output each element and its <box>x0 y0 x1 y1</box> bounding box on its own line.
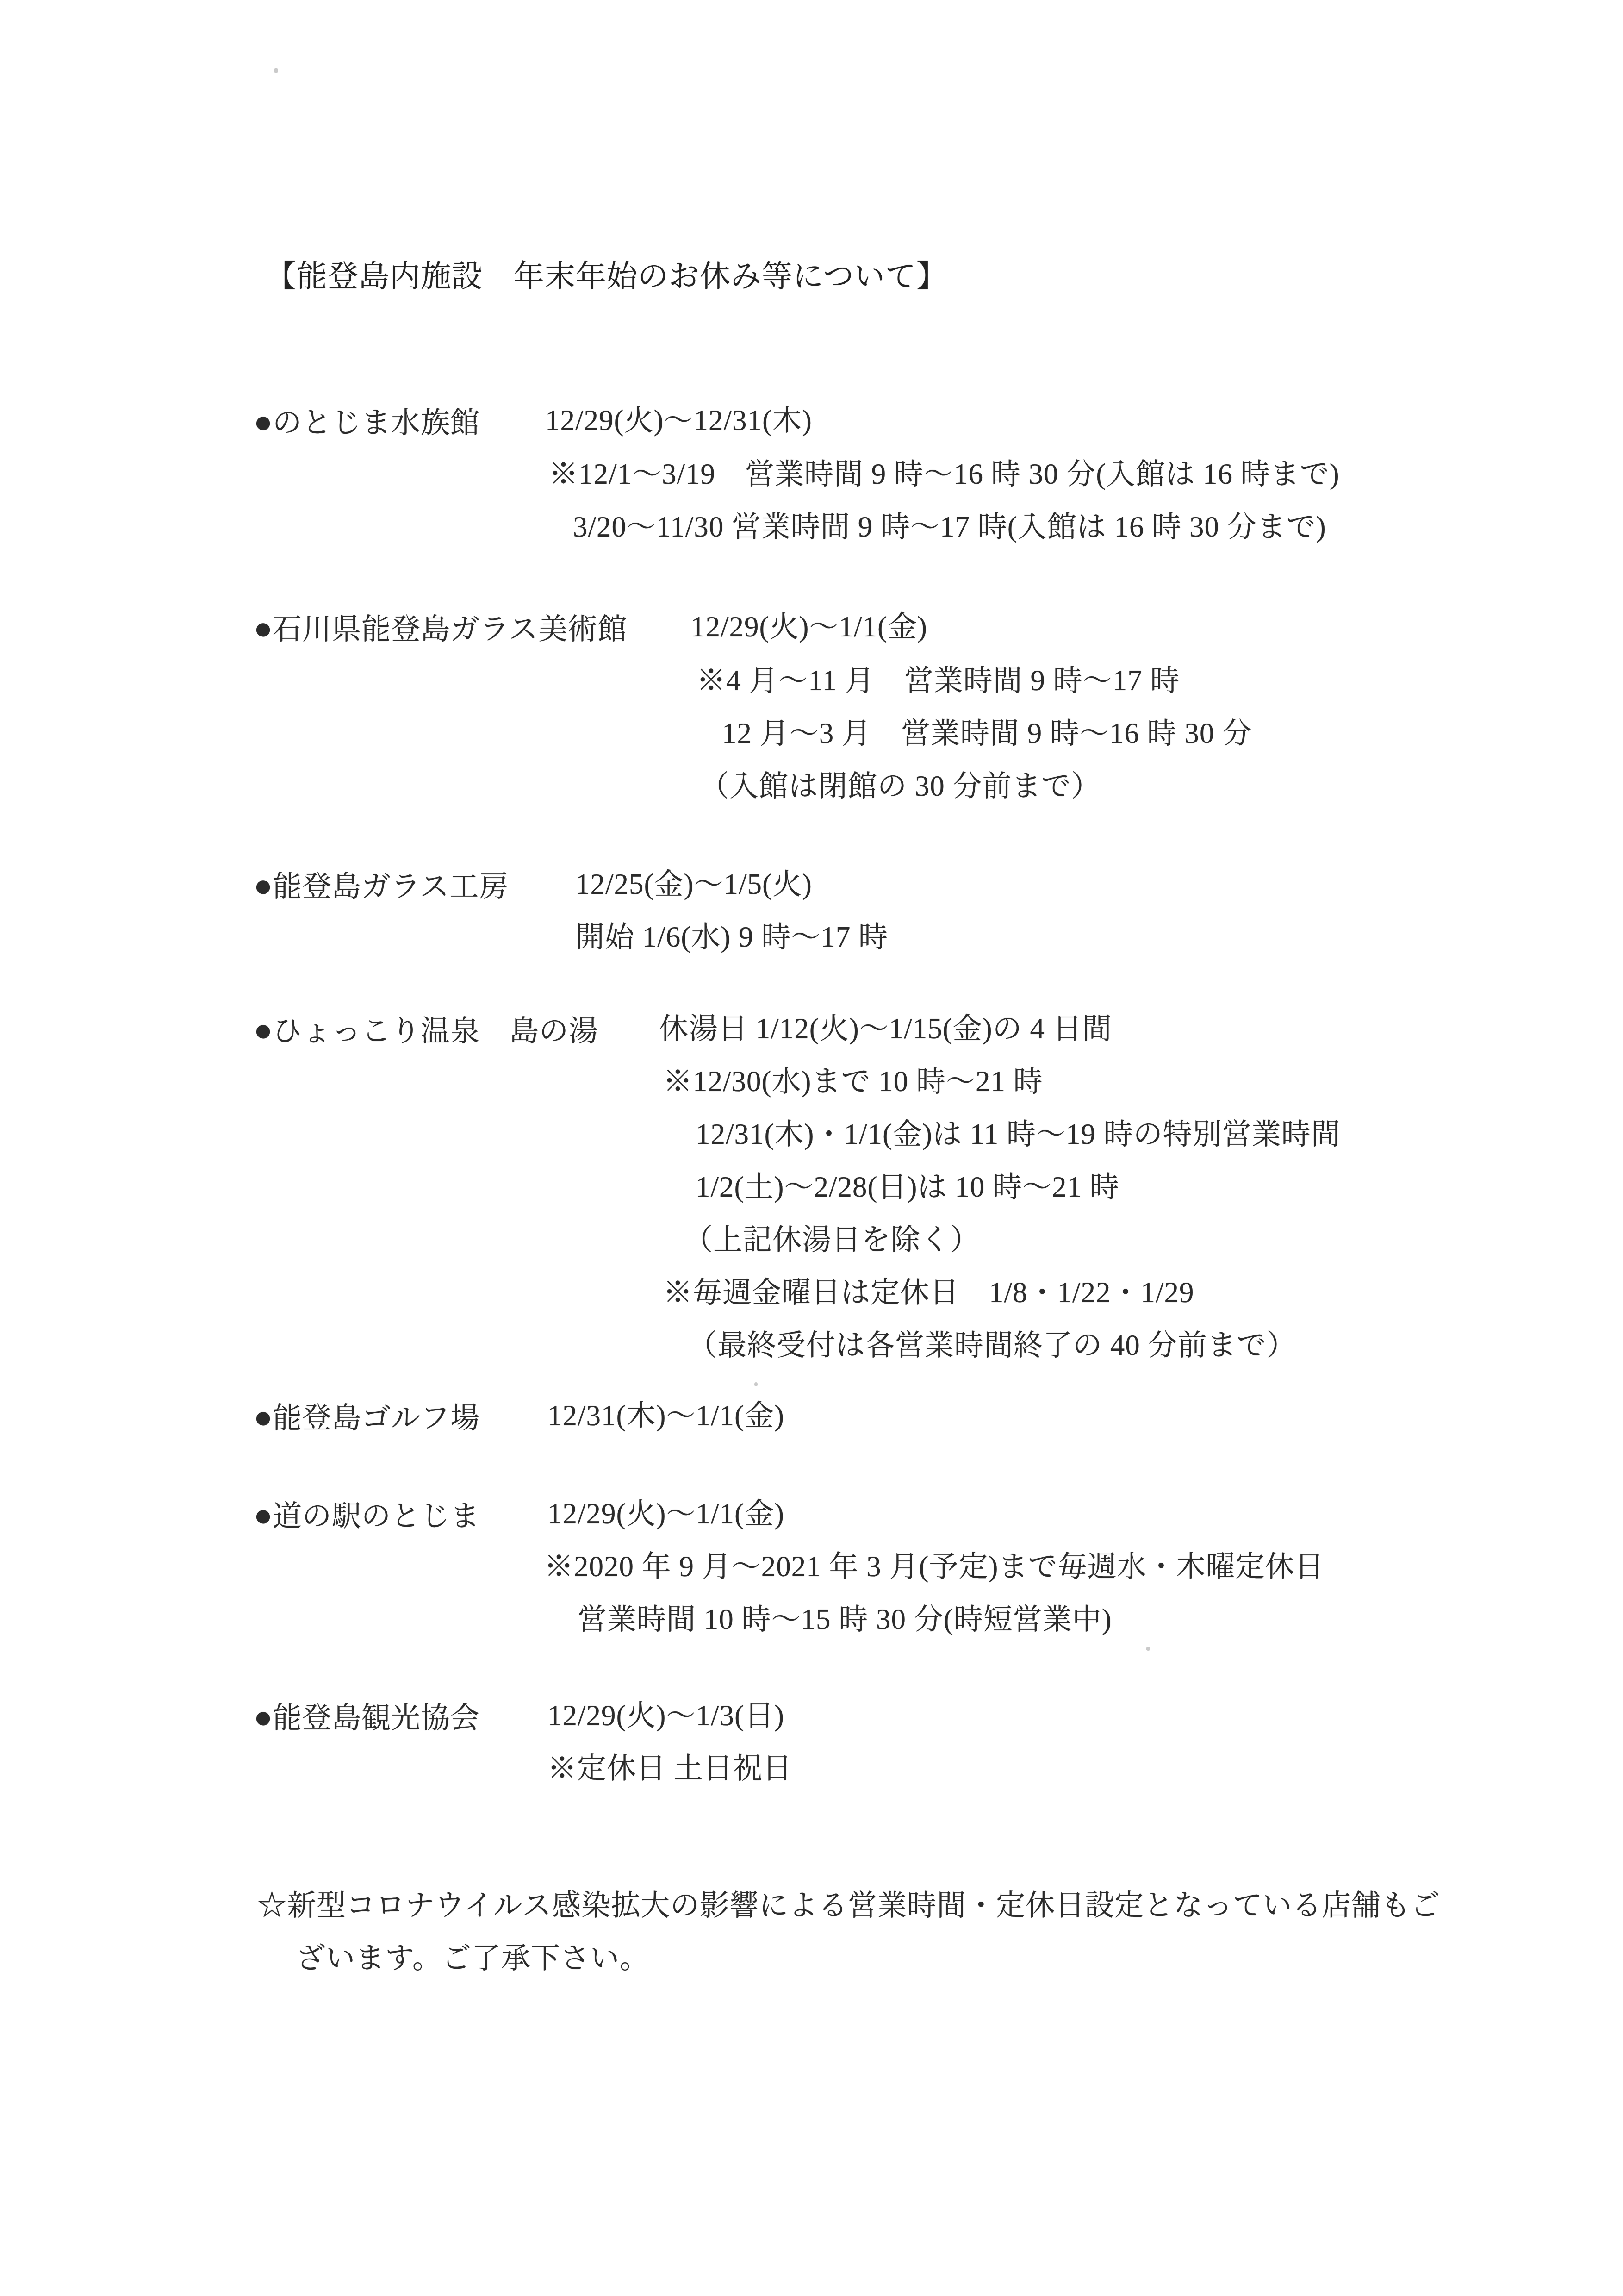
page-title: 【能登島内施設 年末年始のお休み等について】 <box>266 259 947 294</box>
facility-name: 能登島ゴルフ場 <box>273 1402 480 1434</box>
facility-name: のとじま水族館 <box>273 406 480 439</box>
facility-name: 能登島ガラス工房 <box>273 870 509 903</box>
facility-closed-dates: 12/29(火)～1/1(金) <box>547 1497 784 1530</box>
facility-note: ※12/1～3/19 営業時間 9 時～16 時 30 分(入館は 16 時まで… <box>549 457 1340 491</box>
facility-note: ※12/30(水)まで 10 時～21 時 <box>663 1065 1043 1098</box>
facility-note: 3/20～11/30 営業時間 9 時～17 時(入館は 16 時 30 分まで… <box>573 510 1326 543</box>
bullet-icon: ● <box>254 1699 273 1734</box>
bullet-icon: ● <box>254 1012 273 1048</box>
facility-row-golf: ●能登島ゴルフ場 <box>254 1399 480 1435</box>
bullet-icon: ● <box>254 1497 273 1533</box>
facility-note: ※2020 年 9 月～2021 年 3 月(予定)まで毎週水・木曜定休日 <box>544 1550 1324 1583</box>
facility-row-glass-studio: ●能登島ガラス工房 <box>254 867 509 904</box>
facility-note: （上記休湯日を除く） <box>684 1223 980 1256</box>
facility-closed-dates: 12/29(火)～1/1(金) <box>690 610 927 643</box>
covid-remark-line1: ☆新型コロナウイルス感染拡大の影響による営業時間・定休日設定となっている店舗もご <box>257 1889 1440 1922</box>
scanned-document-page: 【能登島内施設 年末年始のお休み等について】 ●のとじま水族館 12/29(火)… <box>0 0 1623 2296</box>
facility-note: （最終受付は各営業時間終了の 40 分前まで） <box>688 1329 1296 1362</box>
facility-note: ※4 月～11 月 営業時間 9 時～17 時 <box>696 664 1180 697</box>
facility-name: ひょっこり温泉 島の湯 <box>273 1015 598 1047</box>
bullet-icon: ● <box>254 1399 273 1435</box>
bullet-icon: ● <box>254 868 273 903</box>
facility-note: 1/2(土)～2/28(日)は 10 時～21 時 <box>696 1170 1119 1204</box>
facility-row-aquarium: ●のとじま水族館 <box>254 404 480 440</box>
facility-row-tourism-association: ●能登島観光協会 <box>254 1699 480 1735</box>
facility-name: 道の駅のとじま <box>273 1500 480 1532</box>
scan-speck <box>274 68 278 73</box>
covid-remark-line2: ざいます。ご了承下さい。 <box>296 1941 649 1975</box>
facility-row-michinoeki: ●道の駅のとじま <box>254 1497 480 1533</box>
facility-closed-dates: 12/29(火)～1/3(日) <box>547 1699 784 1732</box>
facility-row-glass-museum: ●石川県能登島ガラス美術館 <box>254 610 627 646</box>
facility-closed-dates: 12/25(金)～1/5(火) <box>575 867 812 901</box>
scan-speck <box>754 1382 758 1386</box>
bullet-icon: ● <box>254 404 273 439</box>
facility-closed-dates: 12/31(木)～1/1(金) <box>547 1399 784 1432</box>
facility-note: ※毎週金曜日は定休日 1/8・1/22・1/29 <box>663 1276 1194 1309</box>
facility-note: 開始 1/6(水) 9 時～17 時 <box>575 920 888 954</box>
scan-speck <box>1146 1647 1150 1651</box>
facility-note: 12/31(木)・1/1(金)は 11 時～19 時の特別営業時間 <box>696 1117 1341 1151</box>
facility-note: ※定休日 土日祝日 <box>547 1752 792 1785</box>
facility-name: 石川県能登島ガラス美術館 <box>273 613 627 645</box>
facility-row-onsen: ●ひょっこり温泉 島の湯 <box>254 1012 598 1048</box>
facility-closed-dates: 12/29(火)～12/31(木) <box>545 404 812 437</box>
bullet-icon: ● <box>254 611 273 646</box>
facility-note: 12 月～3 月 営業時間 9 時～16 時 30 分 <box>722 717 1252 750</box>
facility-name: 能登島観光協会 <box>273 1702 480 1734</box>
facility-note: 営業時間 10 時～15 時 30 分(時短営業中) <box>578 1603 1112 1636</box>
facility-closed-dates: 休湯日 1/12(火)～1/15(金)の 4 日間 <box>659 1012 1112 1045</box>
facility-note: （入館は閉館の 30 分前まで） <box>700 769 1101 803</box>
